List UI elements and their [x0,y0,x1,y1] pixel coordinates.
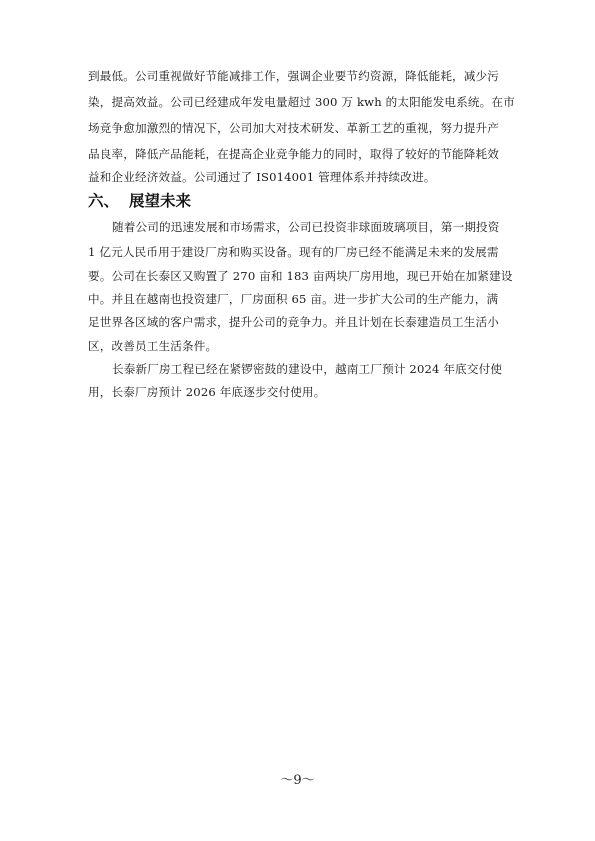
section-heading: 六、展望未来 [88,190,191,212]
paragraph-1-line: 随着公司的迅速发展和市场需求，公司已投资非球面玻璃项目，第一期投资 [112,219,504,235]
intro-text-line: 染，提高效益。公司已经建成年发电量超过 300 万 kwh 的太阳能发电系统。在… [88,94,504,110]
paragraph-1-line: 要。公司在长泰区又购置了 270 亩和 183 亩两块厂房用地，现已开始在加紧建… [88,268,504,284]
paragraph-2-line: 长泰新厂房工程已经在紧锣密鼓的建设中，越南工厂预计 2024 年底交付使 [112,361,504,377]
paragraph-1-line: 1 亿元人民币用于建设厂房和购买设备。现有的厂房已经不能满足未来的发展需 [88,244,504,260]
section-title: 展望未来 [129,192,191,210]
section-number: 六、 [88,190,129,212]
paragraph-1-line: 区，改善员工生活条件。 [88,338,504,354]
paragraph-1-line: 中。并且在越南也投资建厂，厂房面积 65 亩。进一步扩大公司的生产能力，满 [88,291,504,307]
paragraph-2-line: 用，长泰厂房预计 2026 年底逐步交付使用。 [88,384,504,400]
intro-text-line: 场竞争愈加激烈的情况下，公司加大对技术研发、革新工艺的重视，努力提升产 [88,120,504,136]
paragraph-1-line: 足世界各区域的客户需求，提升公司的竞争力。并且计划在长泰建造员工生活小 [88,314,504,330]
intro-text-line: 品良率，降低产品能耗，在提高企业竞争能力的同时，取得了较好的节能降耗效 [88,146,504,162]
page-number: ～9～ [0,772,595,790]
intro-text-line: 益和企业经济效益。公司通过了 IS014001 管理体系并持续改进。 [88,169,504,185]
document-page: 到最低。公司重视做好节能减排工作，强调企业要节约资源，降低能耗，减少污 染，提高… [0,0,595,841]
intro-text-line: 到最低。公司重视做好节能减排工作，强调企业要节约资源，降低能耗，减少污 [88,68,504,84]
